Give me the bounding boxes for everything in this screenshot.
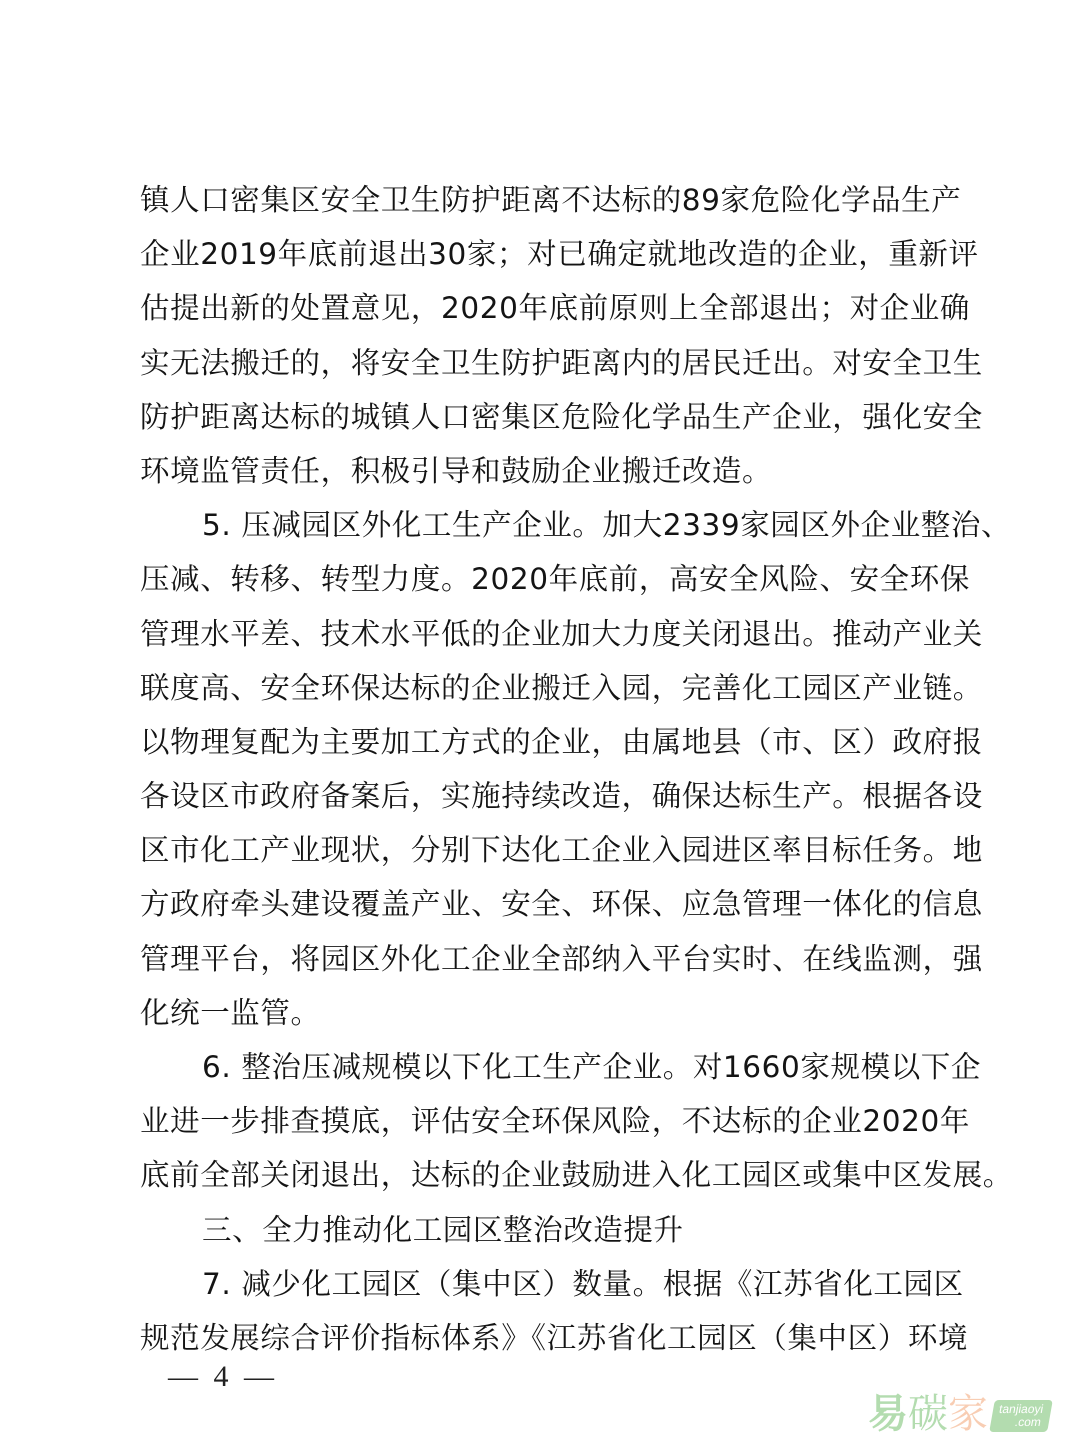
text-line: 底前全部关闭退出，达标的企业鼓励进入化工园区或集中区发展。 — [140, 1148, 940, 1202]
text-line: 区市化工产业现状，分别下达化工企业入园进区率目标任务。地 — [140, 823, 940, 877]
text-line: 规范发展综合评价指标体系》《江苏省化工园区（集中区）环境 — [140, 1311, 940, 1365]
watermark-char-jia: 家 — [948, 1392, 988, 1436]
text-line: 镇人口密集区安全卫生防护距离不达标的89家危险化学品生产 — [140, 173, 940, 227]
watermark-domain-badge: tanjiaoyi .com — [989, 1400, 1053, 1432]
text-line: 估提出新的处置意见，2020年底前原则上全部退出；对企业确 — [140, 281, 940, 335]
item-5-heading-line: 5. 压减园区外化工生产企业。加大2339家园区外企业整治、 — [140, 498, 940, 552]
text-line: 各设区市政府备案后，实施持续改造，确保达标生产。根据各设 — [140, 769, 940, 823]
watermark-domain-tld: .com — [996, 1416, 1042, 1429]
watermark-char-tan: 碳 — [908, 1392, 948, 1436]
section-3-heading: 三、全力推动化工园区整治改造提升 — [140, 1203, 940, 1257]
item-7-heading-line: 7. 减少化工园区（集中区）数量。根据《江苏省化工园区 — [140, 1257, 940, 1311]
text-line: 以物理复配为主要加工方式的企业，由属地县（市、区）政府报 — [140, 715, 940, 769]
document-body: 镇人口密集区安全卫生防护距离不达标的89家危险化学品生产 企业2019年底前退出… — [140, 173, 940, 1365]
text-line: 环境监管责任，积极引导和鼓励企业搬迁改造。 — [140, 444, 940, 498]
text-line: 压减、转移、转型力度。2020年底前，高安全风险、安全环保 — [140, 552, 940, 606]
text-line: 管理水平差、技术水平低的企业加大力度关闭退出。推动产业关 — [140, 607, 940, 661]
text-line: 实无法搬迁的，将安全卫生防护距离内的居民迁出。对安全卫生 — [140, 336, 940, 390]
page-number: — 4 — — [168, 1360, 278, 1394]
text-line: 企业2019年底前退出30家；对已确定就地改造的企业，重新评 — [140, 227, 940, 281]
item-6-heading-line: 6. 整治压减规模以下化工生产企业。对1660家规模以下企 — [140, 1040, 940, 1094]
text-line: 化统一监管。 — [140, 986, 940, 1040]
text-line: 联度高、安全环保达标的企业搬迁入园，完善化工园区产业链。 — [140, 661, 940, 715]
text-line: 方政府牵头建设覆盖产业、安全、环保、应急管理一体化的信息 — [140, 877, 940, 931]
text-line: 防护距离达标的城镇人口密集区危险化学品生产企业，强化安全 — [140, 390, 940, 444]
text-line: 业进一步排查摸底，评估安全环保风险，不达标的企业2020年 — [140, 1094, 940, 1148]
watermark-char-yi: 易 — [868, 1392, 908, 1436]
text-line: 管理平台，将园区外化工企业全部纳入平台实时、在线监测，强 — [140, 932, 940, 986]
watermark-logo: 易 碳 家 tanjiaoyi .com — [868, 1392, 1050, 1436]
